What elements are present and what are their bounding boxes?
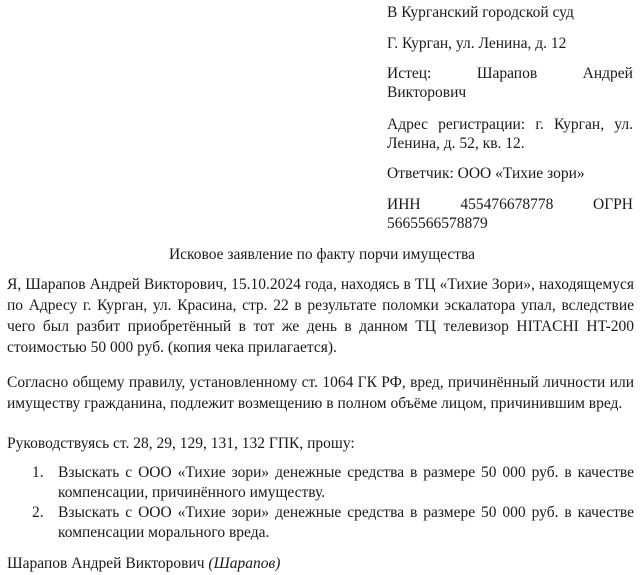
list-item: 2. Взыскать с ООО «Тихие зори» денежные …: [32, 503, 634, 543]
plaintiff: Истец: Шарапов Андрей Викторович: [387, 64, 633, 102]
court-name: В Курганский городской суд: [387, 3, 633, 22]
signature: Шарапов Андрей Викторович (Шарапов): [7, 554, 280, 573]
defendant-ids: ИНН 455476678778 ОГРН 5665566578879: [387, 195, 633, 233]
list-item: 1. Взыскать с ООО «Тихие зори» денежные …: [32, 463, 634, 503]
reg-word: Курган,: [554, 115, 604, 134]
document-title: Исковое заявление по факту порчи имущест…: [0, 245, 644, 264]
ogrn-label: ОГРН: [593, 195, 633, 214]
list-text: Взыскать с ООО «Тихие зори» денежные сре…: [58, 464, 634, 501]
reg-word: ул.: [614, 115, 633, 134]
registration-line2: Ленина, д. 52, кв. 12.: [387, 134, 633, 153]
paragraph-request-intro: Руководствуясь ст. 28, 29, 129, 131, 132…: [7, 433, 634, 454]
court-address: Г. Курган, ул. Ленина, д. 12: [387, 34, 633, 53]
paragraph-text: Руководствуясь ст. 28, 29, 129, 131, 132…: [7, 433, 634, 454]
paragraph-law: Согласно общему правилу, установленному …: [7, 372, 634, 414]
registration-address: Адрес регистрации: г. Курган, ул. Ленина…: [387, 115, 633, 153]
paragraph-text: Согласно общему правилу, установленному …: [7, 372, 634, 414]
plaintiff-surname: Шарапов: [477, 64, 537, 83]
reg-word: Адрес: [387, 115, 428, 134]
signature-name: Шарапов Андрей Викторович: [7, 555, 205, 572]
requests-list: 1. Взыскать с ООО «Тихие зори» денежные …: [32, 463, 634, 543]
plaintiff-patronymic: Викторович: [387, 83, 633, 102]
signature-mark: (Шарапов): [208, 555, 280, 572]
reg-word: регистрации:: [438, 115, 525, 134]
plaintiff-label: Истец:: [387, 64, 431, 83]
inn-value: 455476678778: [460, 195, 553, 214]
reg-word: г.: [535, 115, 543, 134]
ogrn-value: 5665566578879: [387, 214, 633, 233]
list-number: 2.: [32, 503, 44, 523]
inn-label: ИНН: [387, 195, 421, 214]
plaintiff-firstname: Андрей: [583, 64, 633, 83]
paragraph-facts: Я, Шарапов Андрей Викторович, 15.10.2024…: [7, 274, 634, 358]
list-number: 1.: [32, 463, 44, 483]
defendant: Ответчик: ООО «Тихие зори»: [387, 164, 633, 183]
list-text: Взыскать с ООО «Тихие зори» денежные сре…: [58, 504, 634, 541]
paragraph-text: Я, Шарапов Андрей Викторович, 15.10.2024…: [7, 274, 634, 358]
